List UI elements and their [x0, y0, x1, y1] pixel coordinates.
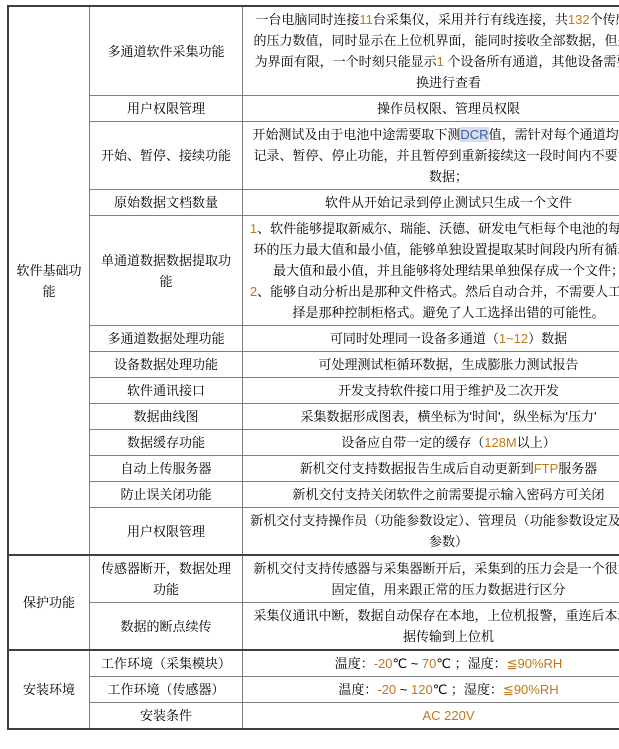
description-text: 服务器	[558, 461, 597, 476]
feature-name-cell: 单通道数据数据提取功能	[90, 216, 243, 326]
description-text: 温度：	[335, 656, 374, 671]
feature-description-cell: 新机交付支持传感器与采集器断开后，采集到的压力会是一个很大的固定值，用来跟正常的…	[243, 555, 619, 603]
description-text: 设备应自带一定的缓存（	[341, 435, 484, 450]
description-text: ℃ ~	[393, 656, 422, 671]
description-text: 可同时处理同一设备多通道（	[330, 331, 499, 346]
feature-description-cell: 一台电脑同时连接11台采集仪，采用并行有线连接，共132个传感器的压力数值，同时…	[243, 6, 619, 96]
highlighted-number: 11	[359, 12, 373, 27]
feature-name-cell: 防止误关闭功能	[90, 482, 243, 508]
description-text: 采集仪通讯中断，数据自动保存在本地，上位机报警，重连后本地数据传输到上位机	[253, 608, 619, 644]
feature-name-cell: 设备数据处理功能	[90, 352, 243, 378]
feature-name-cell: 数据的断点续传	[90, 603, 243, 651]
description-text: 新机交付支持传感器与采集器断开后，采集到的压力会是一个很大的固定值，用来跟正常的…	[253, 561, 619, 597]
table-row: 自动上传服务器新机交付支持数据报告生成后自动更新到FTP服务器	[8, 456, 619, 482]
category-cell: 软件基础功能	[8, 6, 90, 555]
description-text: 开始测试及由于电池中途需要取下测	[252, 127, 460, 142]
description-text: 新机交付支持操作员（功能参数设定）、管理员（功能参数设定及后台参数）	[250, 513, 619, 549]
feature-description-cell: 温度：-20℃ ~ 70℃ ；湿度：≦90%RH	[243, 650, 619, 677]
highlighted-number: ≦90%RH	[507, 656, 563, 671]
feature-name-cell: 用户权限管理	[90, 508, 243, 556]
highlighted-number: ≦90%RH	[503, 682, 559, 697]
feature-name-cell: 安装条件	[90, 703, 243, 730]
spec-table: 软件基础功能多通道软件采集功能一台电脑同时连接11台采集仪，采用并行有线连接，共…	[7, 5, 619, 730]
description-text: 个设备所有通道，其他设备需要切换进行查看	[416, 54, 619, 90]
description-text: ℃ ；湿度：	[436, 656, 506, 671]
feature-name-cell: 原始数据文档数量	[90, 190, 243, 216]
table-row: 数据曲线图采集数据形成图表，横坐标为'时间'，纵坐标为'压力'	[8, 404, 619, 430]
highlighted-number: FTP	[534, 461, 559, 476]
feature-description-cell: 温度：-20 ~ 120℃ ；湿度：≦90%RH	[243, 677, 619, 703]
feature-name-cell: 传感器断开，数据处理功能	[90, 555, 243, 603]
description-text: 台采集仪，采用并行有线连接，共	[373, 12, 568, 27]
highlighted-number: 128M	[484, 435, 517, 450]
table-row: 数据的断点续传采集仪通讯中断，数据自动保存在本地，上位机报警，重连后本地数据传输…	[8, 603, 619, 651]
description-text: 操作员权限、管理员权限	[377, 101, 520, 116]
feature-name-cell: 工作环境（传感器）	[90, 677, 243, 703]
feature-description-cell: 新机交付支持数据报告生成后自动更新到FTP服务器	[243, 456, 619, 482]
feature-description-cell: AC 220V	[243, 703, 619, 730]
table-row: 工作环境（传感器）温度：-20 ~ 120℃ ；湿度：≦90%RH	[8, 677, 619, 703]
table-row: 用户权限管理新机交付支持操作员（功能参数设定）、管理员（功能参数设定及后台参数）	[8, 508, 619, 556]
feature-name-cell: 工作环境（采集模块）	[90, 650, 243, 677]
description-text: 温度：	[338, 682, 377, 697]
table-row: 开始、暂停、接续功能开始测试及由于电池中途需要取下测DCR值，需针对每个通道均设…	[8, 122, 619, 190]
feature-description-cell: 采集仪通讯中断，数据自动保存在本地，上位机报警，重连后本地数据传输到上位机	[243, 603, 619, 651]
highlighted-number: 1~12	[499, 331, 528, 346]
description-text: 新机交付支持关闭软件之前需要提示输入密码方可关闭	[292, 487, 604, 502]
feature-description-cell: 开始测试及由于电池中途需要取下测DCR值，需针对每个通道均设置记录、暂停、停止功…	[243, 122, 619, 190]
feature-description-cell: 1、软件能够提取新威尔、瑞能、沃德、研发电气柜每个电池的每个循环的压力最大值和最…	[243, 216, 619, 326]
category-cell: 安装环境	[8, 650, 90, 729]
table-row: 保护功能传感器断开，数据处理功能新机交付支持传感器与采集器断开后，采集到的压力会…	[8, 555, 619, 603]
description-text: 新机交付支持数据报告生成后自动更新到	[300, 461, 534, 476]
table-row: 安装环境工作环境（采集模块）温度：-20℃ ~ 70℃ ；湿度：≦90%RH	[8, 650, 619, 677]
feature-description-cell: 可同时处理同一设备多通道（1~12）数据	[243, 326, 619, 352]
highlighted-number: 132	[568, 12, 590, 27]
table-row: 防止误关闭功能新机交付支持关闭软件之前需要提示输入密码方可关闭	[8, 482, 619, 508]
document-page: 软件基础功能多通道软件采集功能一台电脑同时连接11台采集仪，采用并行有线连接，共…	[0, 0, 619, 749]
feature-name-cell: 多通道软件采集功能	[90, 6, 243, 96]
highlighted-number: 70	[422, 656, 436, 671]
table-row: 软件通讯接口开发支持软件接口用于维护及二次开发	[8, 378, 619, 404]
feature-name-cell: 开始、暂停、接续功能	[90, 122, 243, 190]
feature-name-cell: 软件通讯接口	[90, 378, 243, 404]
highlighted-number: AC 220V	[422, 708, 474, 723]
table-row: 设备数据处理功能可处理测试柜循环数据，生成膨胀力测试报告	[8, 352, 619, 378]
table-row: 单通道数据数据提取功能1、软件能够提取新威尔、瑞能、沃德、研发电气柜每个电池的每…	[8, 216, 619, 326]
table-row: 安装条件AC 220V	[8, 703, 619, 730]
table-row: 多通道数据处理功能可同时处理同一设备多通道（1~12）数据	[8, 326, 619, 352]
description-text: 、能够自动分析出是那种文件格式。然后自动合并，不需要人工去选择是那种控制柜格式。…	[257, 284, 619, 320]
feature-description-cell: 新机交付支持关闭软件之前需要提示输入密码方可关闭	[243, 482, 619, 508]
highlighted-number: 120	[411, 682, 433, 697]
description-text: 、软件能够提取新威尔、瑞能、沃德、研发电气柜每个电池的每个循环的压力最大值和最小…	[253, 221, 619, 278]
feature-name-cell: 数据缓存功能	[90, 430, 243, 456]
feature-name-cell: 多通道数据处理功能	[90, 326, 243, 352]
description-text: 软件从开始记录到停止测试只生成一个文件	[325, 195, 572, 210]
description-text: 开发支持软件接口用于维护及二次开发	[338, 383, 559, 398]
table-row: 用户权限管理操作员权限、管理员权限	[8, 96, 619, 122]
table-row: 数据缓存功能设备应自带一定的缓存（128M以上）	[8, 430, 619, 456]
category-cell: 保护功能	[8, 555, 90, 650]
highlighted-number: -20	[374, 656, 393, 671]
feature-name-cell: 自动上传服务器	[90, 456, 243, 482]
highlighted-number: -20	[377, 682, 396, 697]
description-text: ）数据	[528, 331, 567, 346]
highlighted-number: 1	[437, 54, 444, 69]
feature-description-cell: 操作员权限、管理员权限	[243, 96, 619, 122]
feature-description-cell: 软件从开始记录到停止测试只生成一个文件	[243, 190, 619, 216]
feature-description-cell: 新机交付支持操作员（功能参数设定）、管理员（功能参数设定及后台参数）	[243, 508, 619, 556]
feature-description-cell: 设备应自带一定的缓存（128M以上）	[243, 430, 619, 456]
description-text: 可处理测试柜循环数据，生成膨胀力测试报告	[318, 357, 578, 372]
feature-description-cell: 可处理测试柜循环数据，生成膨胀力测试报告	[243, 352, 619, 378]
description-text: ℃ ；湿度：	[433, 682, 503, 697]
highlighted-term: DCR	[460, 127, 488, 142]
description-text: 采集数据形成图表，横坐标为'时间'，纵坐标为'压力'	[301, 409, 597, 424]
table-row: 软件基础功能多通道软件采集功能一台电脑同时连接11台采集仪，采用并行有线连接，共…	[8, 6, 619, 96]
feature-description-cell: 采集数据形成图表，横坐标为'时间'，纵坐标为'压力'	[243, 404, 619, 430]
description-text: 以上）	[517, 435, 556, 450]
feature-name-cell: 用户权限管理	[90, 96, 243, 122]
description-text: 一台电脑同时连接	[255, 12, 359, 27]
feature-name-cell: 数据曲线图	[90, 404, 243, 430]
table-row: 原始数据文档数量软件从开始记录到停止测试只生成一个文件	[8, 190, 619, 216]
description-text: ~	[396, 682, 411, 697]
feature-description-cell: 开发支持软件接口用于维护及二次开发	[243, 378, 619, 404]
